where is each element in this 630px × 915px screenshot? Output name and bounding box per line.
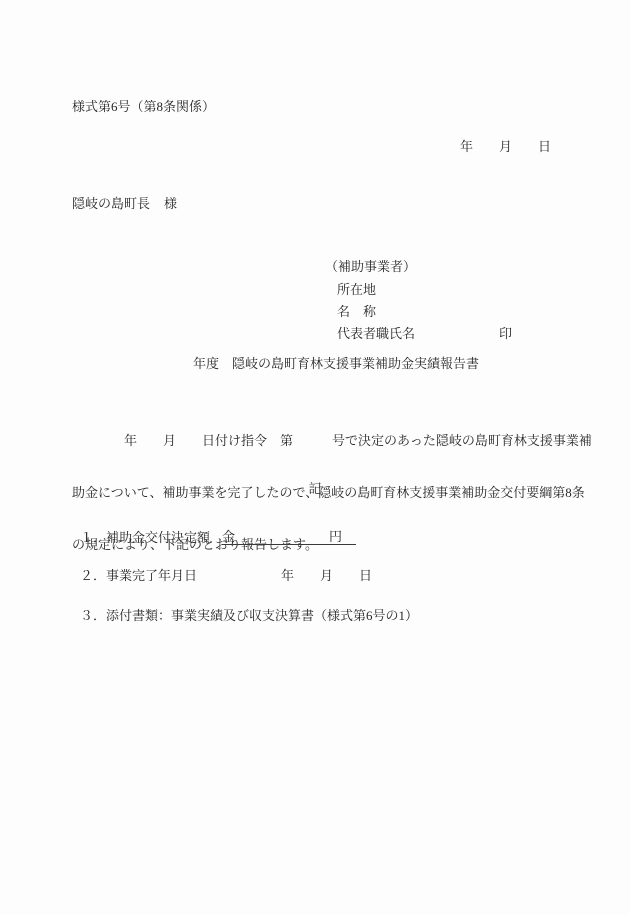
representative-label: 代表者職氏名 <box>337 326 415 341</box>
record-heading: 記 <box>0 481 630 496</box>
decided-amount-label: １．補助金交付決定額 <box>80 530 210 545</box>
document-page: 様式第6号（第8条関係） 年 月 日 隠岐の島町長様 （補助事業者） 所在地 名… <box>0 0 630 915</box>
body-line: 年 月 日付け指令 第 号で決定のあった隠岐の島町育林支援事業補 <box>72 430 592 452</box>
applicant-address-label: 所在地 <box>337 282 376 297</box>
amount-unit: 円 <box>329 529 342 544</box>
completion-date-blank: 年 月 日 <box>281 568 372 583</box>
addressee-line: 隠岐の島町長様 <box>72 196 177 211</box>
applicant-heading: （補助事業者） <box>325 259 416 274</box>
item-completion-date: ２．事業完了年月日年 月 日 <box>80 568 372 583</box>
item-decided-amount: １．補助金交付決定額金円 <box>80 529 356 545</box>
addressee-honorific: 様 <box>164 196 177 211</box>
amount-prefix: 金 <box>222 529 235 544</box>
form-number: 様式第6号（第8条関係） <box>72 99 215 114</box>
representative-line: 代表者職氏名印 <box>337 326 512 341</box>
completion-date-label: ２．事業完了年月日 <box>80 568 197 583</box>
amount-blank-field: 金円 <box>222 529 356 545</box>
seal-mark: 印 <box>499 326 512 341</box>
addressee-name: 隠岐の島町長 <box>72 196 150 211</box>
applicant-name-label: 名 称 <box>337 304 376 319</box>
document-title: 年度 隠岐の島町育林支援事業補助金実績報告書 <box>193 356 479 371</box>
issue-date-line: 年 月 日 <box>460 139 551 154</box>
item-attachments: ３．添付書類：事業実績及び収支決算書（様式第6号の1） <box>80 608 418 623</box>
